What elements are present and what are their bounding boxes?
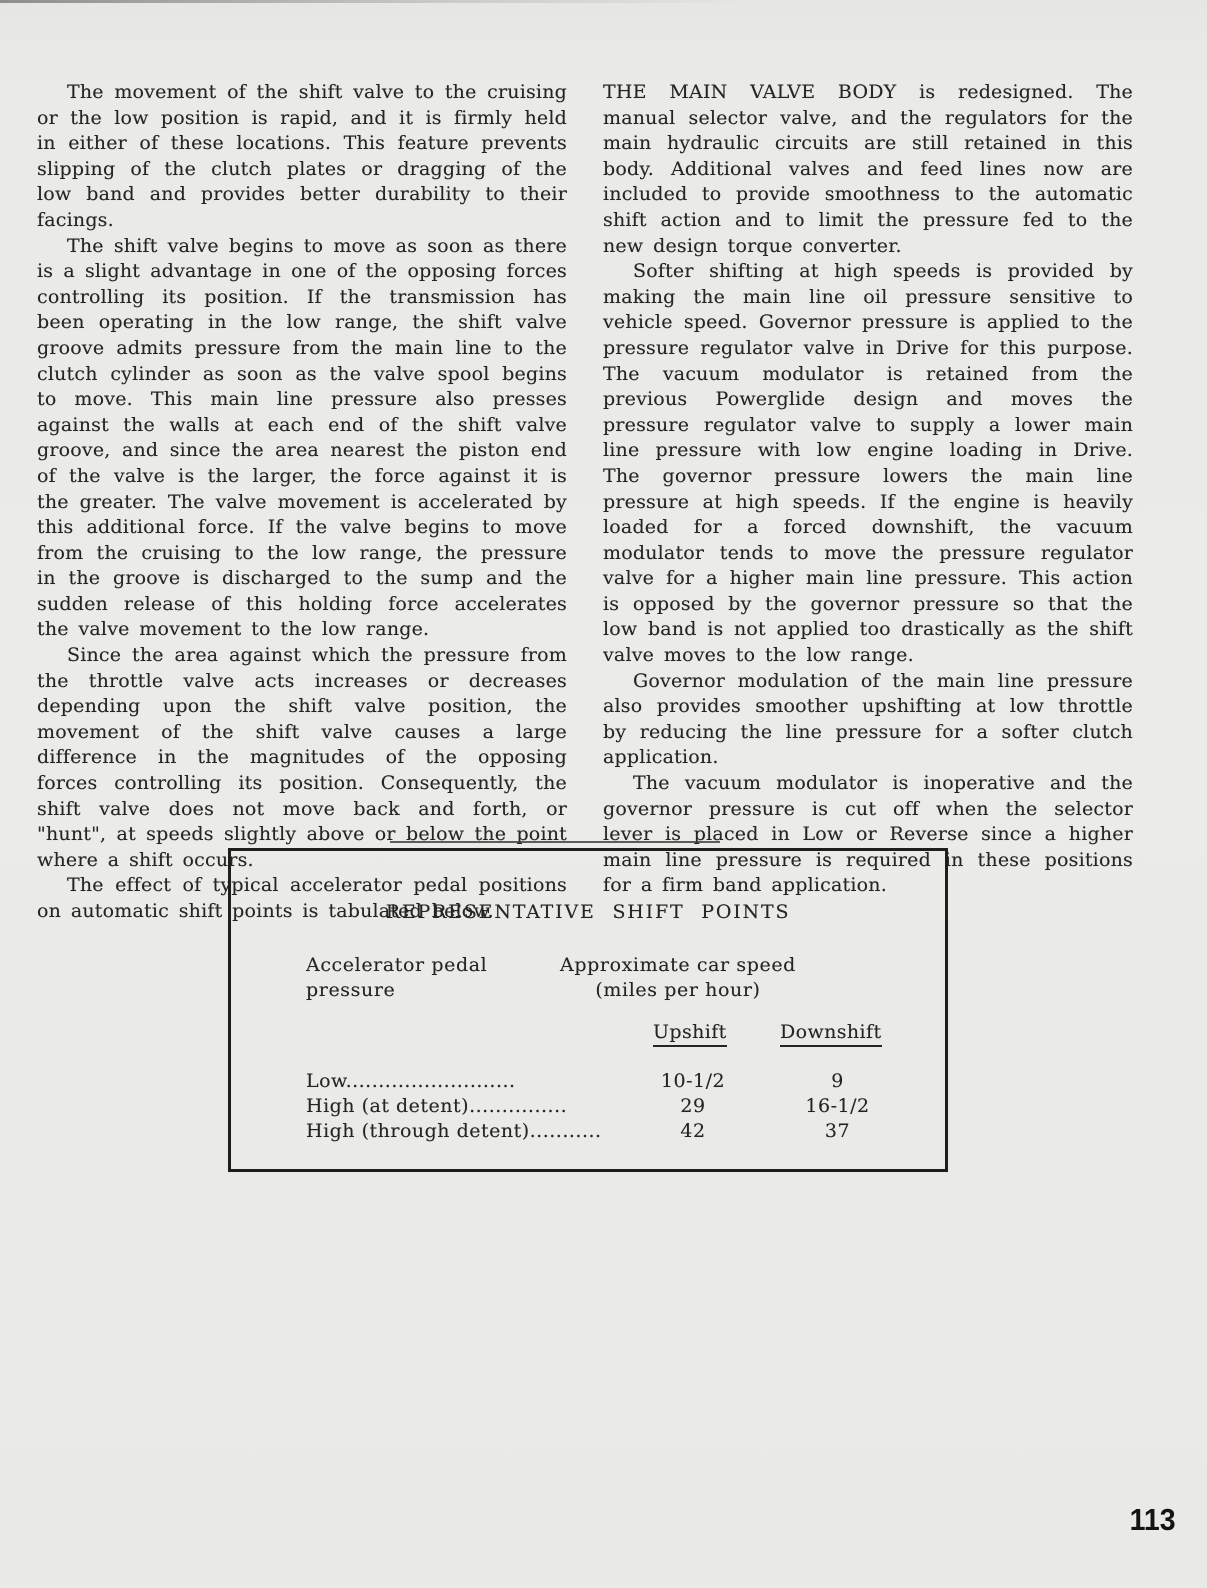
col-axis-line1: Approximate car speed — [548, 953, 808, 978]
scan-ghost-line — [390, 841, 720, 843]
table-row: High (through detent)........... 42 37 — [306, 1119, 916, 1144]
scanned-manual-page: The movement of the shift valve to the c… — [0, 0, 1207, 1588]
text-columns: The movement of the shift valve to the c… — [37, 80, 1134, 925]
downshift-value: 37 — [790, 1119, 885, 1144]
page-number: 113 — [1120, 1502, 1175, 1538]
downshift-value: 16-1/2 — [790, 1094, 885, 1119]
col-axis-label: Approximate car speed (miles per hour) — [548, 953, 808, 1003]
paragraph: THE MAIN VALVE BODY is redesigned. The m… — [603, 80, 1133, 259]
paragraph: Governor modulation of the main line pre… — [603, 669, 1133, 771]
table-row: High (at detent)............... 29 16-1/… — [306, 1094, 916, 1119]
row-label: High (through detent)........... — [306, 1120, 602, 1142]
scan-edge-artifact — [0, 0, 748, 3]
row-axis-line1: Accelerator pedal — [306, 953, 487, 978]
upshift-value: 42 — [653, 1119, 733, 1144]
upshift-value: 29 — [653, 1094, 733, 1119]
table-row: Low.......................... 10-1/2 9 — [306, 1069, 916, 1094]
row-label: High (at detent)............... — [306, 1095, 567, 1117]
column-header-upshift: Upshift — [653, 1021, 727, 1047]
shift-points-table: REPRESENTATIVE SHIFT POINTS Accelerator … — [228, 848, 948, 1172]
row-axis-line2: pressure — [306, 978, 487, 1003]
table-title: REPRESENTATIVE SHIFT POINTS — [231, 901, 945, 923]
column-header-downshift: Downshift — [780, 1021, 882, 1047]
upshift-value: 10-1/2 — [653, 1069, 733, 1094]
paragraph: Softer shifting at high speeds is provid… — [603, 259, 1133, 669]
row-axis-label: Accelerator pedal pressure — [306, 953, 487, 1003]
paragraph: The movement of the shift valve to the c… — [37, 80, 567, 234]
downshift-value: 9 — [790, 1069, 885, 1094]
right-column: THE MAIN VALVE BODY is redesigned. The m… — [603, 80, 1133, 925]
col-axis-line2: (miles per hour) — [548, 978, 808, 1003]
left-column: The movement of the shift valve to the c… — [37, 80, 567, 925]
paragraph: Since the area against which the pressur… — [37, 643, 567, 873]
row-label: Low.......................... — [306, 1070, 516, 1092]
table-rows: Low.......................... 10-1/2 9 H… — [306, 1069, 916, 1144]
paragraph: The shift valve begins to move as soon a… — [37, 234, 567, 644]
